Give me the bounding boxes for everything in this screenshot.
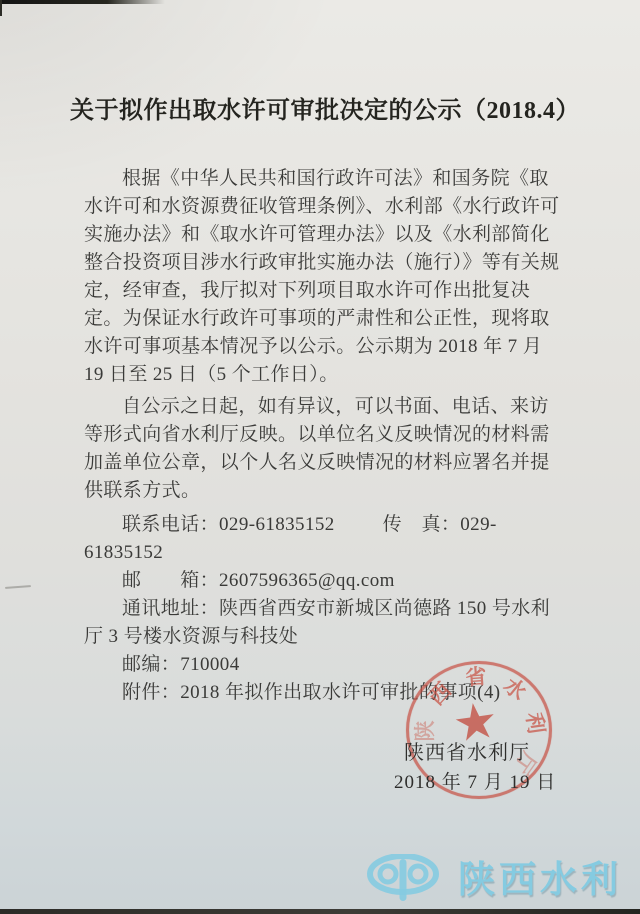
contact-postcode-row: 邮编：710004 — [84, 651, 562, 679]
watermark-text: 陕西水利 — [458, 858, 622, 902]
photo-edge-bottom — [0, 909, 640, 914]
seal-arc-char: 利 — [522, 710, 549, 735]
document-page: 关于拟作出取水许可审批决定的公示（2018.4） 根据《中华人民共和国行政许可法… — [0, 0, 640, 914]
page-title: 关于拟作出取水许可审批决定的公示（2018.4） — [70, 95, 570, 127]
photo-edge-top — [0, 0, 165, 4]
site-watermark: 陕西水利 — [366, 854, 622, 906]
contact-phone-row: 联系电话：029-61835152传 真：029-61835152 — [84, 511, 562, 567]
signature-organization: 陕西省水利厅 — [404, 736, 530, 765]
shaanxi-water-logo-icon — [366, 854, 444, 906]
phone-value: 029-61835152 — [219, 514, 335, 535]
email-label: 邮 箱： — [122, 570, 219, 591]
photo-edge-left — [0, 0, 2, 16]
contact-address-row: 通讯地址：陕西省西安市新城区尚德路 150 号水利厅 3 号楼水资源与科技处 — [84, 595, 562, 651]
paper-scratch-mark — [5, 585, 31, 589]
phone-label: 联系电话： — [122, 514, 219, 535]
paragraph-objection: 自公示之日起，如有异议，可以书面、电话、来访等形式向省水利厅反映。以单位名义反映… — [84, 393, 562, 505]
signature-date: 2018 年 7 月 19 日 — [394, 767, 556, 794]
postcode-label: 邮编： — [122, 654, 180, 675]
contact-email-row: 邮 箱：2607596365@qq.com — [84, 567, 562, 595]
email-value: 2607596365@qq.com — [219, 570, 395, 591]
address-label: 通讯地址： — [122, 598, 219, 619]
attachment-line: 附件：2018 年拟作出取水许可审批的事项(4) — [84, 679, 562, 707]
fax-label: 传 真： — [383, 514, 461, 535]
document-body: 根据《中华人民共和国行政许可法》和国务院《取水许可和水资源费征收管理条例》、水利… — [84, 165, 562, 707]
contact-block: 联系电话：029-61835152传 真：029-61835152 邮 箱：26… — [84, 511, 562, 679]
postcode-value: 710004 — [180, 654, 239, 675]
paragraph-legal-basis: 根据《中华人民共和国行政许可法》和国务院《取水许可和水资源费征收管理条例》、水利… — [84, 165, 562, 389]
